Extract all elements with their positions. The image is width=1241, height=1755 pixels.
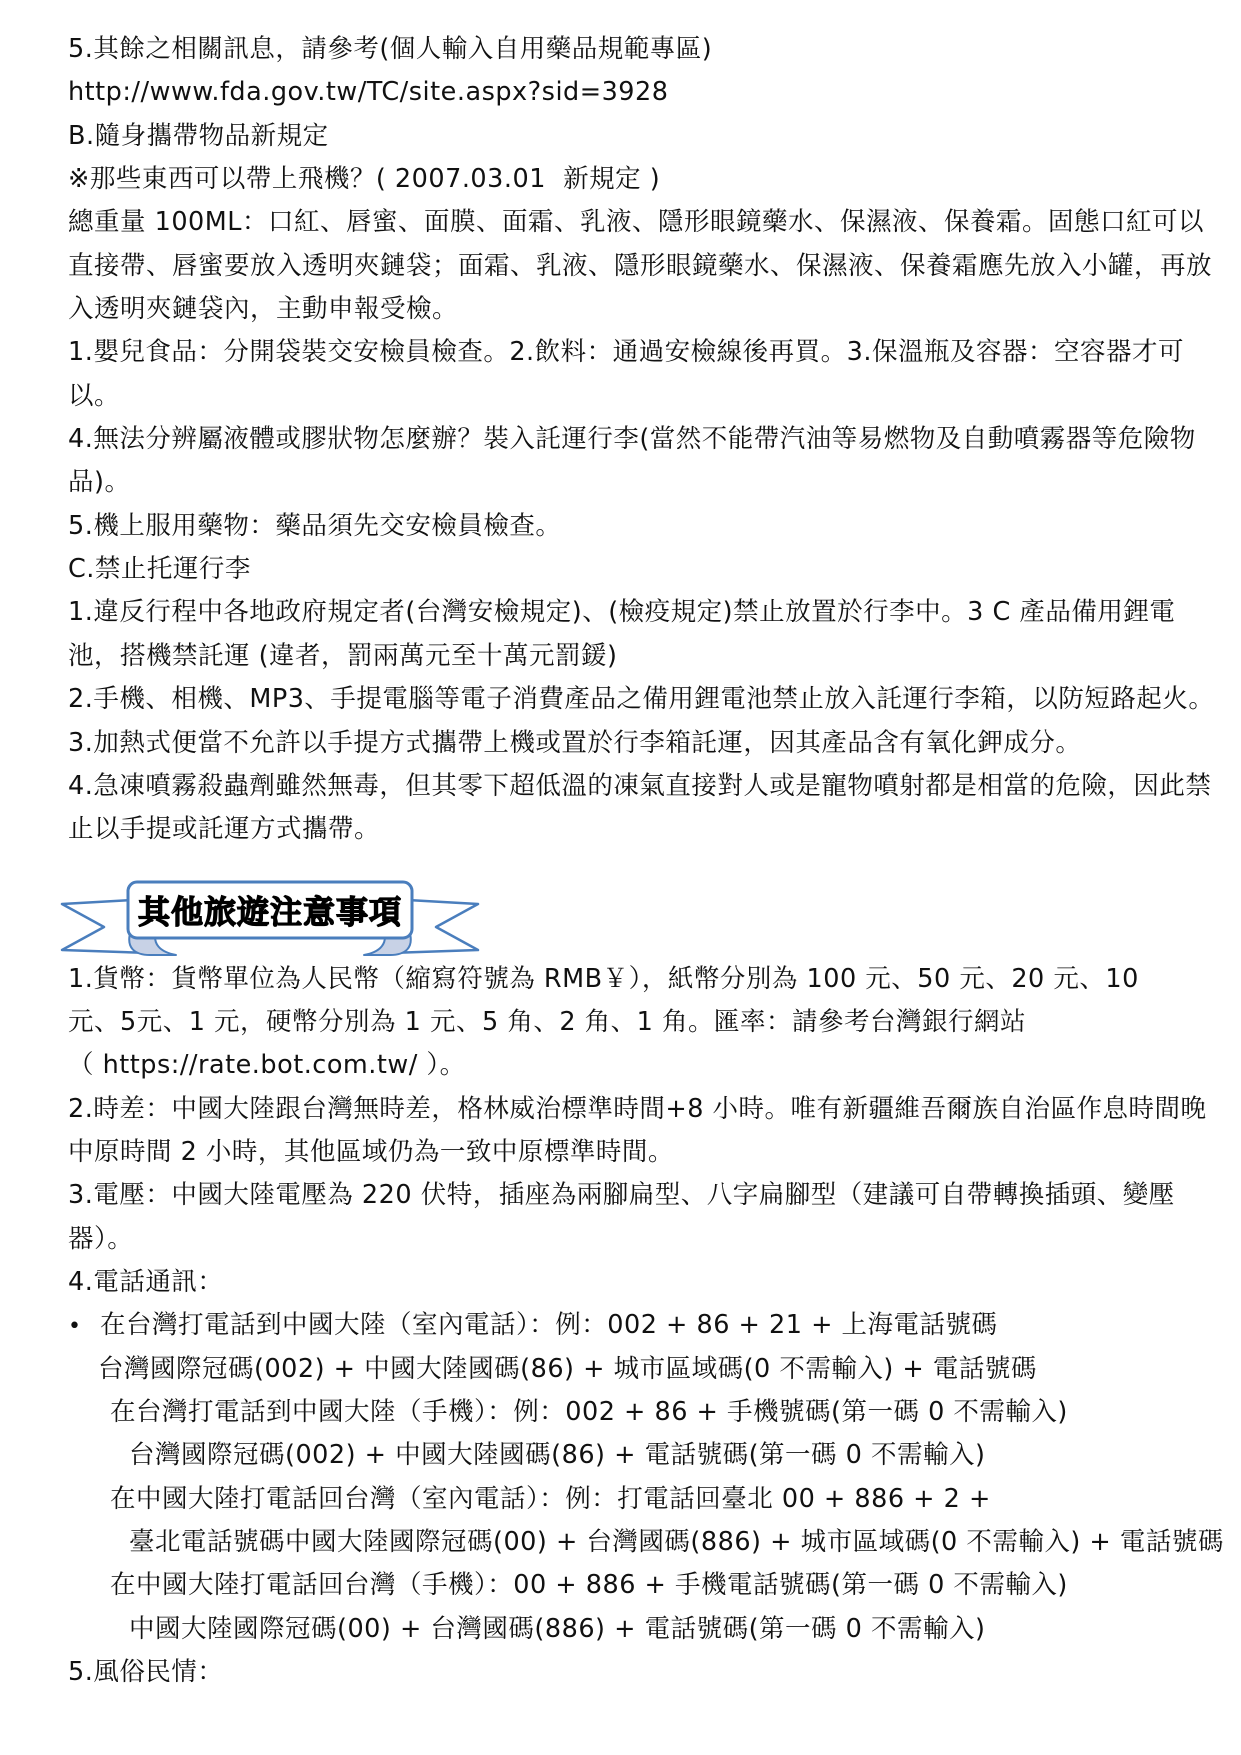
phone-example-line: 在台灣打電話到中國大陸（手機）：例：002 + 86 + 手機號碼(第一碼 0 … bbox=[0, 1391, 1241, 1434]
text-line: C.禁止托運行李 bbox=[0, 548, 1241, 591]
text-line: 品)。 bbox=[0, 461, 1241, 504]
baggage-rules-section: 5.其餘之相關訊息，請參考(個人輸入自用藥品規範專區) http://www.f… bbox=[0, 28, 1241, 852]
text-line: B.隨身攜帶物品新規定 bbox=[0, 115, 1241, 158]
phone-example-line: 臺北電話號碼中國大陸國際冠碼(00) + 台灣國碼(886) + 城市區域碼(0… bbox=[0, 1521, 1241, 1564]
text-line: 中原時間 2 小時，其他區域仍為一致中原標準時間。 bbox=[0, 1131, 1241, 1174]
text-line: 直接帶、唇蜜要放入透明夾鏈袋；面霜、乳液、隱形眼鏡藥水、保濕液、保養霜應先放入小… bbox=[0, 245, 1241, 288]
text-line: 4.無法分辨屬液體或膠狀物怎麼辦？裝入託運行李(當然不能帶汽油等易燃物及自動噴霧… bbox=[0, 418, 1241, 461]
phone-example-line: •在台灣打電話到中國大陸（室內電話）：例：002 + 86 + 21 + 上海電… bbox=[0, 1304, 1241, 1347]
text-line: 池，搭機禁託運 (違者，罰兩萬元至十萬元罰鍰) bbox=[0, 635, 1241, 678]
text-line: 元、5元、1 元，硬幣分別為 1 元、5 角、2 角、1 角。匯率：請參考台灣銀… bbox=[0, 1001, 1241, 1044]
text-line: ※那些東西可以帶上飛機？( 2007.03.01 新規定 ) bbox=[0, 158, 1241, 201]
text-line: 5.風俗民情： bbox=[0, 1651, 1241, 1694]
url-bank-rate: （ https://rate.bot.com.tw/ ）。 bbox=[0, 1044, 1241, 1087]
phone-example-line: 中國大陸國際冠碼(00) + 台灣國碼(886) + 電話號碼(第一碼 0 不需… bbox=[0, 1608, 1241, 1651]
phone-example-line: 台灣國際冠碼(002) + 中國大陸國碼(86) + 城市區域碼(0 不需輸入)… bbox=[0, 1348, 1241, 1391]
text-line: 3.加熱式便當不允許以手提方式攜帶上機或置於行李箱託運，因其產品含有氧化鉀成分。 bbox=[0, 722, 1241, 765]
text-line: 器）。 bbox=[0, 1218, 1241, 1261]
text-line: 1.嬰兒食品：分開袋裝交安檢員檢查。2.飲料：通過安檢線後再買。3.保溫瓶及容器… bbox=[0, 331, 1241, 374]
url-fda: http://www.fda.gov.tw/TC/site.aspx?sid=3… bbox=[0, 71, 1241, 114]
text-line: 1.貨幣：貨幣單位為人民幣（縮寫符號為 RMB￥），紙幣分別為 100 元、50… bbox=[0, 958, 1241, 1001]
other-travel-notes-section: 1.貨幣：貨幣單位為人民幣（縮寫符號為 RMB￥），紙幣分別為 100 元、50… bbox=[0, 958, 1241, 1695]
text-line: 4.電話通訊： bbox=[0, 1261, 1241, 1304]
section-banner-ribbon: 其他旅遊注意事項 bbox=[58, 878, 482, 958]
text-line: 2.手機、相機、MP3、手提電腦等電子消費產品之備用鋰電池禁止放入託運行李箱，以… bbox=[0, 678, 1241, 721]
text-line: 以。 bbox=[0, 375, 1241, 418]
text-line: 5.機上服用藥物：藥品須先交安檢員檢查。 bbox=[0, 505, 1241, 548]
text-line: 5.其餘之相關訊息，請參考(個人輸入自用藥品規範專區) bbox=[0, 28, 1241, 71]
phone-example-line: 台灣國際冠碼(002) + 中國大陸國碼(86) + 電話號碼(第一碼 0 不需… bbox=[0, 1434, 1241, 1477]
phone-example-line: 在中國大陸打電話回台灣（室內電話）：例：打電話回臺北 00 + 886 + 2 … bbox=[0, 1478, 1241, 1521]
text-line: 總重量 100ML：口紅、唇蜜、面膜、面霜、乳液、隱形眼鏡藥水、保濕液、保養霜。… bbox=[0, 201, 1241, 244]
bullet-icon: • bbox=[68, 1305, 100, 1348]
text-line: 3.電壓：中國大陸電壓為 220 伏特，插座為兩腳扁型、八字扁腳型（建議可自帶轉… bbox=[0, 1174, 1241, 1217]
travel-notice-document: 5.其餘之相關訊息，請參考(個人輸入自用藥品規範專區) http://www.f… bbox=[0, 0, 1241, 1694]
phone-example-line: 在中國大陸打電話回台灣（手機）：00 + 886 + 手機電話號碼(第一碼 0 … bbox=[0, 1564, 1241, 1607]
text-line: 在台灣打電話到中國大陸（室內電話）：例：002 + 86 + 21 + 上海電話… bbox=[100, 1310, 998, 1340]
text-line: 2.時差：中國大陸跟台灣無時差，格林威治標準時間+8 小時。唯有新疆維吾爾族自治… bbox=[0, 1088, 1241, 1131]
text-line: 入透明夾鏈袋內，主動申報受檢。 bbox=[0, 288, 1241, 331]
text-line: 4.急凍噴霧殺蟲劑雖然無毒，但其零下超低溫的凍氣直接對人或是寵物噴射都是相當的危… bbox=[0, 765, 1241, 808]
text-line: 1.違反行程中各地政府規定者(台灣安檢規定)、(檢疫規定)禁止放置於行李中。3 … bbox=[0, 591, 1241, 634]
banner-title: 其他旅遊注意事項 bbox=[128, 882, 412, 938]
text-line: 止以手提或託運方式攜帶。 bbox=[0, 808, 1241, 851]
